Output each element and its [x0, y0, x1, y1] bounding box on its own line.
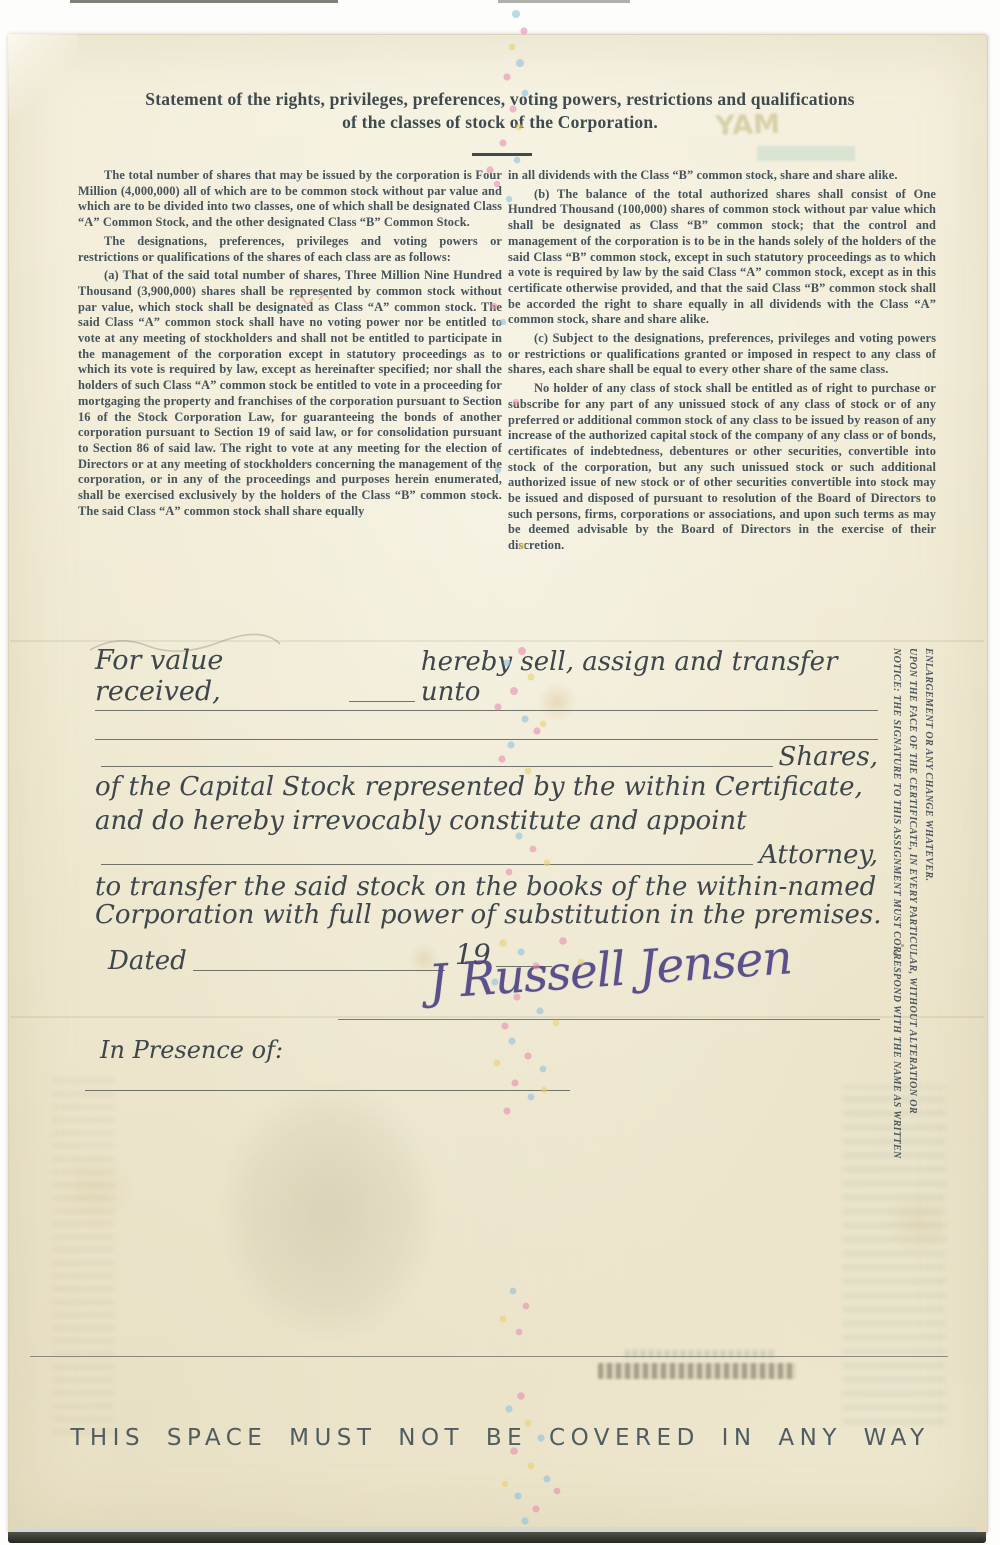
assignment-opening-left: For value received, [95, 645, 343, 707]
date-blank [193, 970, 445, 971]
statement-title-line1: Statement of the rights, privileges, pre… [80, 88, 920, 111]
presence-label: In Presence of: [100, 1036, 283, 1064]
attorney-name-blank [101, 864, 753, 865]
bottom-divider-rule [30, 1356, 948, 1357]
assignment-line-transfer: to transfer the said stock on the books … [95, 872, 876, 902]
attorney-row: Attorney, [95, 834, 878, 870]
statement-paragraph: The designations, preferences, privilege… [78, 234, 502, 265]
statement-title: Statement of the rights, privileges, pre… [80, 88, 920, 134]
statement-paragraph: No holder of any class of stock shall be… [508, 381, 936, 554]
statement-column-right: in all dividends with the Class “B” comm… [508, 168, 936, 554]
assignment-line-constitute: and do hereby irrevocably constitute and… [95, 806, 747, 836]
scan-edge-artifact [498, 0, 630, 3]
assignee-name-blank [349, 701, 415, 702]
scan-edge-artifact [70, 0, 338, 3]
statement-paragraph: (c) Subject to the designations, prefere… [508, 331, 936, 378]
statement-paragraph: The total number of shares that may be i… [78, 168, 502, 231]
witness-line [85, 1090, 570, 1091]
paper-corner-fold [8, 34, 78, 120]
attorney-label: Attorney, [759, 840, 878, 870]
dated-label: Dated [108, 946, 187, 976]
fold-crease [10, 640, 984, 642]
statement-paragraph: (b) The balance of the total authorized … [508, 187, 936, 328]
assignment-line-capital: of the Capital Stock represented by the … [95, 772, 863, 802]
shares-blank [101, 766, 773, 767]
footer-warning: THIS SPACE MUST NOT BE COVERED IN ANY WA… [0, 1425, 1000, 1451]
shares-label: Shares, [779, 742, 878, 772]
statement-title-line2: of the classes of stock of the Corporati… [80, 111, 920, 134]
fold-crease [10, 1016, 984, 1018]
assignment-line-corporation: Corporation with full power of substitut… [95, 900, 882, 930]
blank-line [95, 710, 878, 711]
ghost-portrait-seal [225, 1088, 433, 1336]
assignment-notice: NOTICE: THE SIGNATURE TO THIS ASSIGNMENT… [888, 648, 938, 1170]
shares-row: Shares, [95, 736, 878, 772]
assignment-opening-row: For value received, hereby sell, assign … [95, 645, 878, 707]
transfer-agent-stamp [598, 1363, 796, 1379]
title-divider-rule [472, 153, 532, 156]
ghost-border-left [52, 1075, 114, 1435]
ghost-stamp-text [625, 1350, 775, 1358]
scan-bottom-shadow [8, 1532, 986, 1543]
statement-paragraph: (a) That of the said total number of sha… [78, 268, 502, 519]
statement-column-left: The total number of shares that may be i… [78, 168, 502, 519]
assignment-opening-right: hereby sell, assign and transfer unto [421, 647, 878, 707]
signature-line [338, 1019, 880, 1020]
certificate-back-scan: MAY Statement of the rights, privileges,… [0, 0, 1000, 1545]
statement-paragraph: in all dividends with the Class “B” comm… [508, 168, 936, 184]
ghost-ink-bar [757, 146, 855, 161]
